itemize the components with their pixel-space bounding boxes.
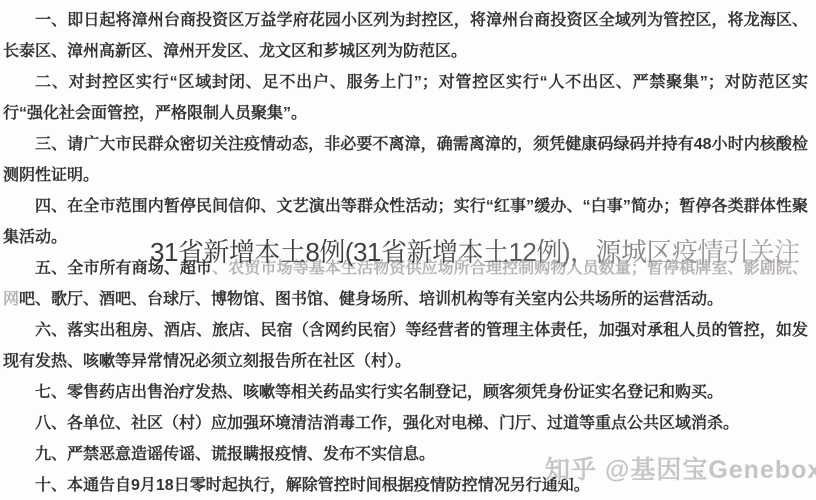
notice-text-segment: 吧、歌厅、酒吧、台球厅、博物馆、图书馆、健身场所、培训机构等有关室内公共场所的运… bbox=[19, 291, 723, 308]
notice-paragraph: 七、零售药店出售治疗发热、咳嗽等相关药品实行实名制登记，顾客须凭身份证实名登记和… bbox=[3, 377, 808, 408]
zhihu-watermark: 知乎 @基因宝Genebox bbox=[545, 450, 816, 486]
notice-paragraph: 二、对封控区实行“区域封闭、足不出户、服务上门”；对管控区实行“人不出区、严禁聚… bbox=[3, 67, 808, 129]
notice-text-segment: 二、对封控区实行“区域封闭、足不出户、服务上门”；对管控区实行“人不出区、严禁聚… bbox=[3, 74, 808, 122]
notice-text-segment: 六、落实出租房、酒店、旅店、民宿（含网约民宿）等经营者的管理主体责任，加强对承租… bbox=[3, 322, 808, 370]
notice-text-segment: 七、零售药店出售治疗发热、咳嗽等相关药品实行实名制登记，顾客须凭身份证实名登记和… bbox=[35, 384, 723, 401]
notice-text-segment: 三、请广大市民群众密切关注疫情动态，非必要不离漳，确需离漳的，须凭健康码绿码并持… bbox=[3, 136, 808, 184]
notice-text-segment: 八、各单位、社区（村）应加强环境清洁消毒工作，强化对电梯、门厅、过道等重点公共区… bbox=[35, 415, 739, 432]
notice-paragraph: 八、各单位、社区（村）应加强环境清洁消毒工作，强化对电梯、门厅、过道等重点公共区… bbox=[3, 408, 808, 439]
notice-text-segment: 九、严禁恶意造谣传谣、谎报瞒报疫情、发布不实信息。 bbox=[35, 446, 435, 463]
notice-text-segment: 一、即日起将漳州台商投资区万益学府花园小区列为封控区，将漳州台商投资区全域列为管… bbox=[3, 12, 808, 60]
notice-paragraph: 六、落实出租房、酒店、旅店、民宿（含网约民宿）等经营者的管理主体责任，加强对承租… bbox=[3, 315, 808, 377]
notice-text-segment: 十、本通告自9月18日零时起执行，解除管控时间根据疫情防控情况另行通知。 bbox=[35, 477, 590, 494]
overlay-headline: 31省新增本土8例(31省新增本土12例)，源城区疫情引关注 bbox=[150, 232, 800, 269]
notice-paragraph: 一、即日起将漳州台商投资区万益学府花园小区列为封控区，将漳州台商投资区全域列为管… bbox=[3, 5, 808, 67]
notice-paragraph: 三、请广大市民群众密切关注疫情动态，非必要不离漳，确需离漳的，须凭健康码绿码并持… bbox=[3, 129, 808, 191]
